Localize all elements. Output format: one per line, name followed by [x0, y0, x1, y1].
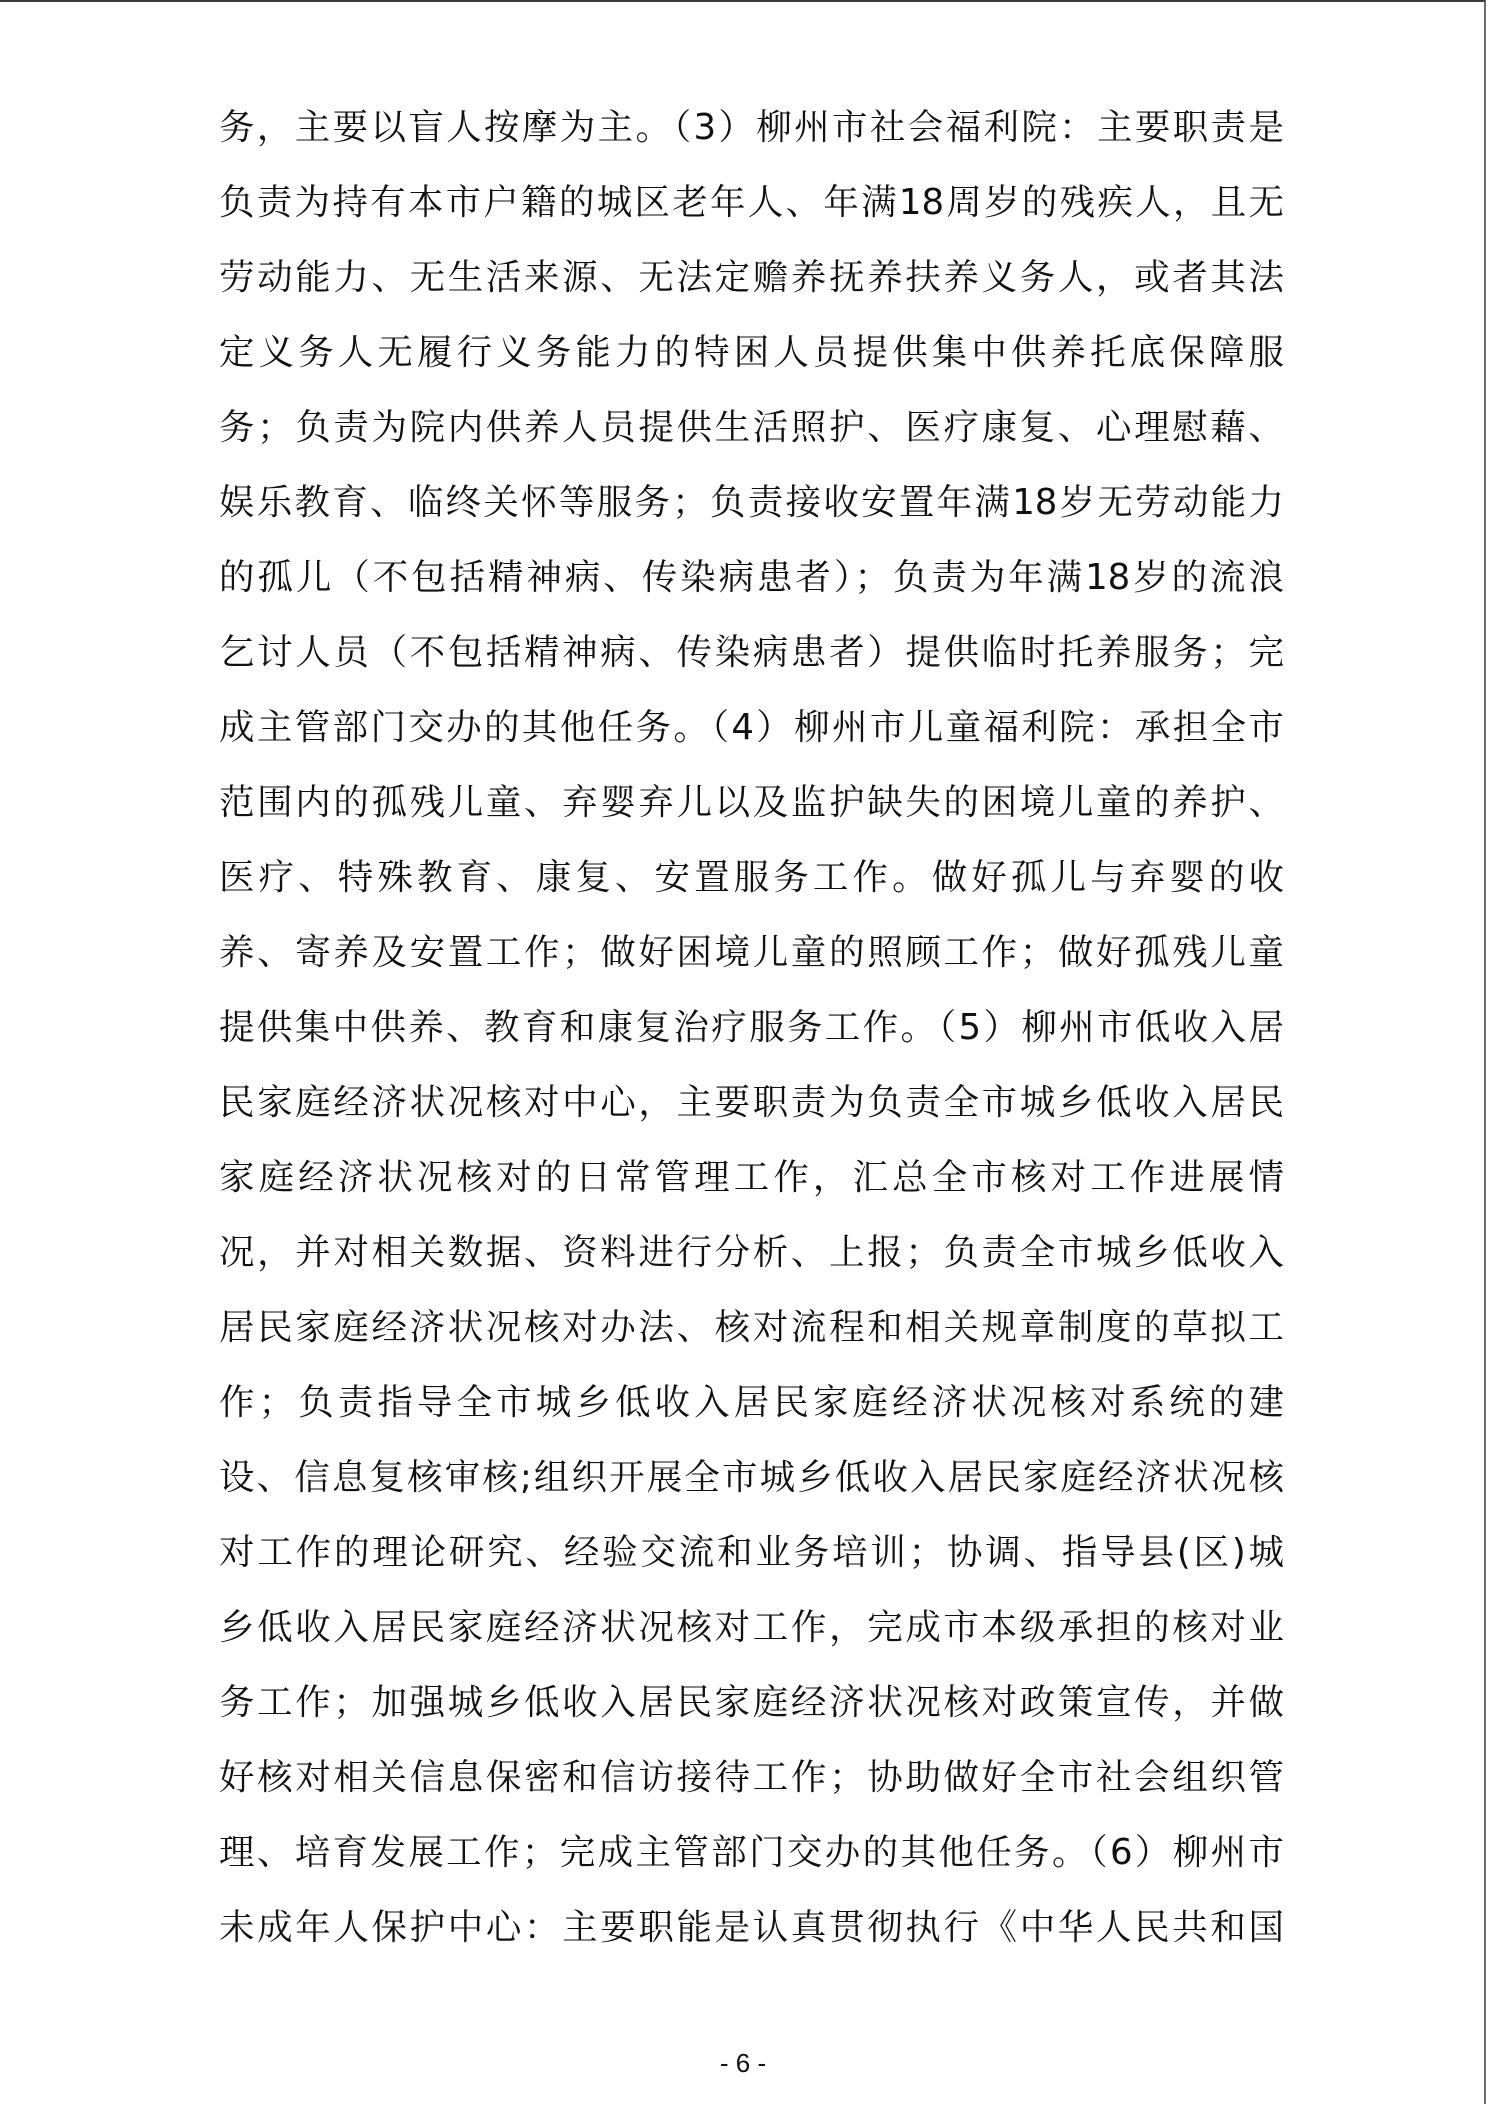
text-line: 务工作；加强城乡低收入居民家庭经济状况核对政策宣传，并做 — [219, 1673, 1284, 1748]
text-line: 乡低收入居民家庭经济状况核对工作，完成市本级承担的核对业 — [219, 1598, 1284, 1673]
text-line: 定义务人无履行义务能力的特困人员提供集中供养托底保障服 — [219, 323, 1284, 398]
text-line: 居民家庭经济状况核对办法、核对流程和相关规章制度的草拟工 — [219, 1298, 1284, 1373]
text-line: 好核对相关信息保密和信访接待工作；协助做好全市社会组织管 — [219, 1748, 1284, 1823]
text-line: 负责为持有本市户籍的城区老年人、年满18周岁的残疾人，且无 — [219, 173, 1284, 248]
text-line: 务；负责为院内供养人员提供生活照护、医疗康复、心理慰藉、 — [219, 398, 1284, 473]
text-line: 养、寄养及安置工作；做好困境儿童的照顾工作；做好孤残儿童 — [219, 923, 1284, 998]
text-line: 的孤儿（不包括精神病、传染病患者）；负责为年满18岁的流浪 — [219, 548, 1284, 623]
text-line: 作；负责指导全市城乡低收入居民家庭经济状况核对系统的建 — [219, 1373, 1284, 1448]
document-page: 务，主要以盲人按摩为主。（3）柳州市社会福利院：主要职责是 负责为持有本市户籍的… — [0, 0, 1486, 2104]
page-number: - 6 - — [0, 2048, 1486, 2079]
text-line: 劳动能力、无生活来源、无法定赡养抚养扶养义务人，或者其法 — [219, 248, 1284, 323]
text-line: 家庭经济状况核对的日常管理工作，汇总全市核对工作进展情 — [219, 1148, 1284, 1223]
text-line: 民家庭经济状况核对中心，主要职责为负责全市城乡低收入居民 — [219, 1073, 1284, 1148]
text-line: 医疗、特殊教育、康复、安置服务工作。做好孤儿与弃婴的收 — [219, 848, 1284, 923]
text-line: 设、信息复核审核;组织开展全市城乡低收入居民家庭经济状况核 — [219, 1448, 1284, 1523]
text-line: 娱乐教育、临终关怀等服务；负责接收安置年满18岁无劳动能力 — [219, 473, 1284, 548]
body-paragraph: 务，主要以盲人按摩为主。（3）柳州市社会福利院：主要职责是 负责为持有本市户籍的… — [219, 98, 1284, 1973]
text-line: 务，主要以盲人按摩为主。（3）柳州市社会福利院：主要职责是 — [219, 98, 1284, 173]
text-line: 成主管部门交办的其他任务。（4）柳州市儿童福利院：承担全市 — [219, 698, 1284, 773]
text-line: 理、培育发展工作；完成主管部门交办的其他任务。（6）柳州市 — [219, 1823, 1284, 1898]
text-line: 对工作的理论研究、经验交流和业务培训；协调、指导县(区)城 — [219, 1523, 1284, 1598]
text-line: 未成年人保护中心：主要职能是认真贯彻执行《中华人民共和国 — [219, 1898, 1284, 1973]
text-line: 乞讨人员（不包括精神病、传染病患者）提供临时托养服务；完 — [219, 623, 1284, 698]
text-line: 提供集中供养、教育和康复治疗服务工作。（5）柳州市低收入居 — [219, 998, 1284, 1073]
text-line: 况，并对相关数据、资料进行分析、上报；负责全市城乡低收入 — [219, 1223, 1284, 1298]
text-line: 范围内的孤残儿童、弃婴弃儿以及监护缺失的困境儿童的养护、 — [219, 773, 1284, 848]
